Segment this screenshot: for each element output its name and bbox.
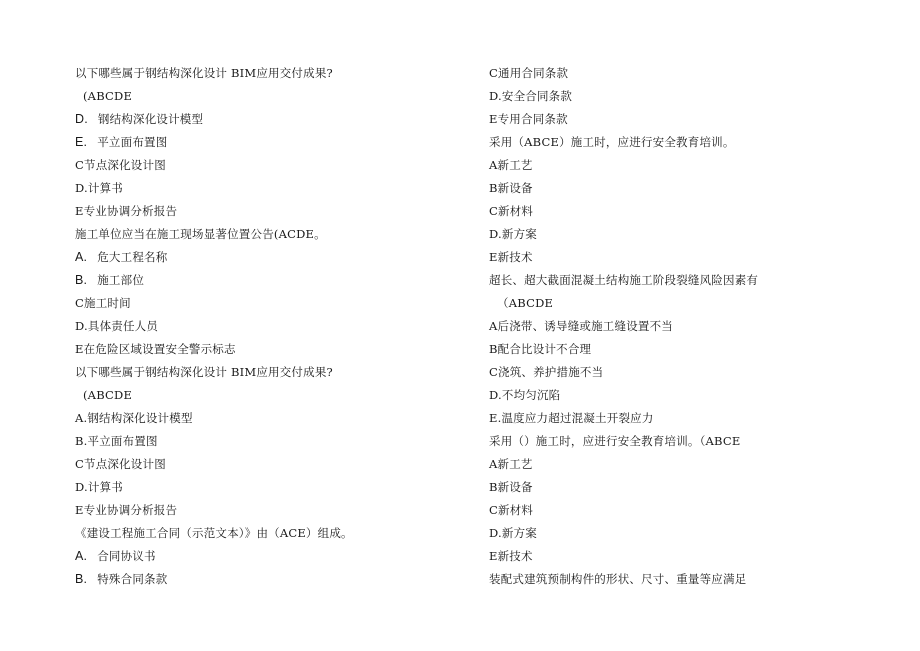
question-text: 以下哪些属于钢结构深化设计 BIM应用交付成果? [75,62,465,85]
option-label: E. [75,135,87,149]
option: C通用合同条款 [489,62,889,85]
question-text: 《建设工程施工合同（示范文本）》由（ACE）组成。 [75,522,465,545]
question-text: 装配式建筑预制构件的形状、尺寸、重量等应满足 [489,568,889,591]
option: D.不均匀沉陷 [489,384,889,407]
option: E.平立面布置图 [75,131,465,154]
option-text: 特殊合同条款 [97,572,167,586]
option-text: 危大工程名称 [97,250,167,264]
option-label: D. [75,112,88,126]
option-text: 施工部位 [97,273,144,287]
option: A.危大工程名称 [75,246,465,269]
option: D.计算书 [75,177,465,200]
answer-key: （ABCDE [489,292,889,315]
option: E.温度应力超过混凝土开裂应力 [489,407,889,430]
option: A新工艺 [489,154,889,177]
option-label: A. [75,549,87,563]
option: C节点深化设计图 [75,453,465,476]
option: D.钢结构深化设计模型 [75,108,465,131]
option: C浇筑、养护措施不当 [489,361,889,384]
option: D.安全合同条款 [489,85,889,108]
question-text: 超长、超大截面混凝土结构施工阶段裂缝风险因素有 [489,269,889,292]
option: C新材料 [489,200,889,223]
option: D.新方案 [489,223,889,246]
option: B新设备 [489,476,889,499]
option-text: 平立面布置图 [97,135,167,149]
option: A.钢结构深化设计模型 [75,407,465,430]
option-text: 钢结构深化设计模型 [98,112,203,126]
right-column: C通用合同条款 D.安全合同条款 E专用合同条款 采用（ABCE）施工时，应进行… [489,62,889,591]
question-text: 施工单位应当在施工现场显著位置公告(ACDE。 [75,223,465,246]
question-text: 以下哪些属于钢结构深化设计 BIM应用交付成果? [75,361,465,384]
option: E专业协调分析报告 [75,200,465,223]
option: B.施工部位 [75,269,465,292]
answer-key: (ABCDE [75,384,465,407]
option: E在危险区域设置安全警示标志 [75,338,465,361]
option: E专用合同条款 [489,108,889,131]
option: C节点深化设计图 [75,154,465,177]
option: D.计算书 [75,476,465,499]
option: B.平立面布置图 [75,430,465,453]
option: C新材料 [489,499,889,522]
option: A后浇带、诱导缝或施工缝设置不当 [489,315,889,338]
document-page: 以下哪些属于钢结构深化设计 BIM应用交付成果? (ABCDE D.钢结构深化设… [0,0,920,651]
option: E专业协调分析报告 [75,499,465,522]
option-label: B. [75,572,87,586]
option: C施工时间 [75,292,465,315]
left-column: 以下哪些属于钢结构深化设计 BIM应用交付成果? (ABCDE D.钢结构深化设… [75,62,465,591]
option: B新设备 [489,177,889,200]
option: B.特殊合同条款 [75,568,465,591]
question-text: 采用（ABCE）施工时，应进行安全教育培训。 [489,131,889,154]
option: E新技术 [489,246,889,269]
option: A新工艺 [489,453,889,476]
option: B配合比设计不合理 [489,338,889,361]
option: A.合同协议书 [75,545,465,568]
option: D.新方案 [489,522,889,545]
option: D.具体责任人员 [75,315,465,338]
answer-key: (ABCDE [75,85,465,108]
question-text: 采用（）施工时，应进行安全教育培训。（ABCE [489,430,889,453]
option: E新技术 [489,545,889,568]
option-label: B. [75,273,87,287]
option-text: 合同协议书 [97,549,156,563]
option-label: A. [75,250,87,264]
